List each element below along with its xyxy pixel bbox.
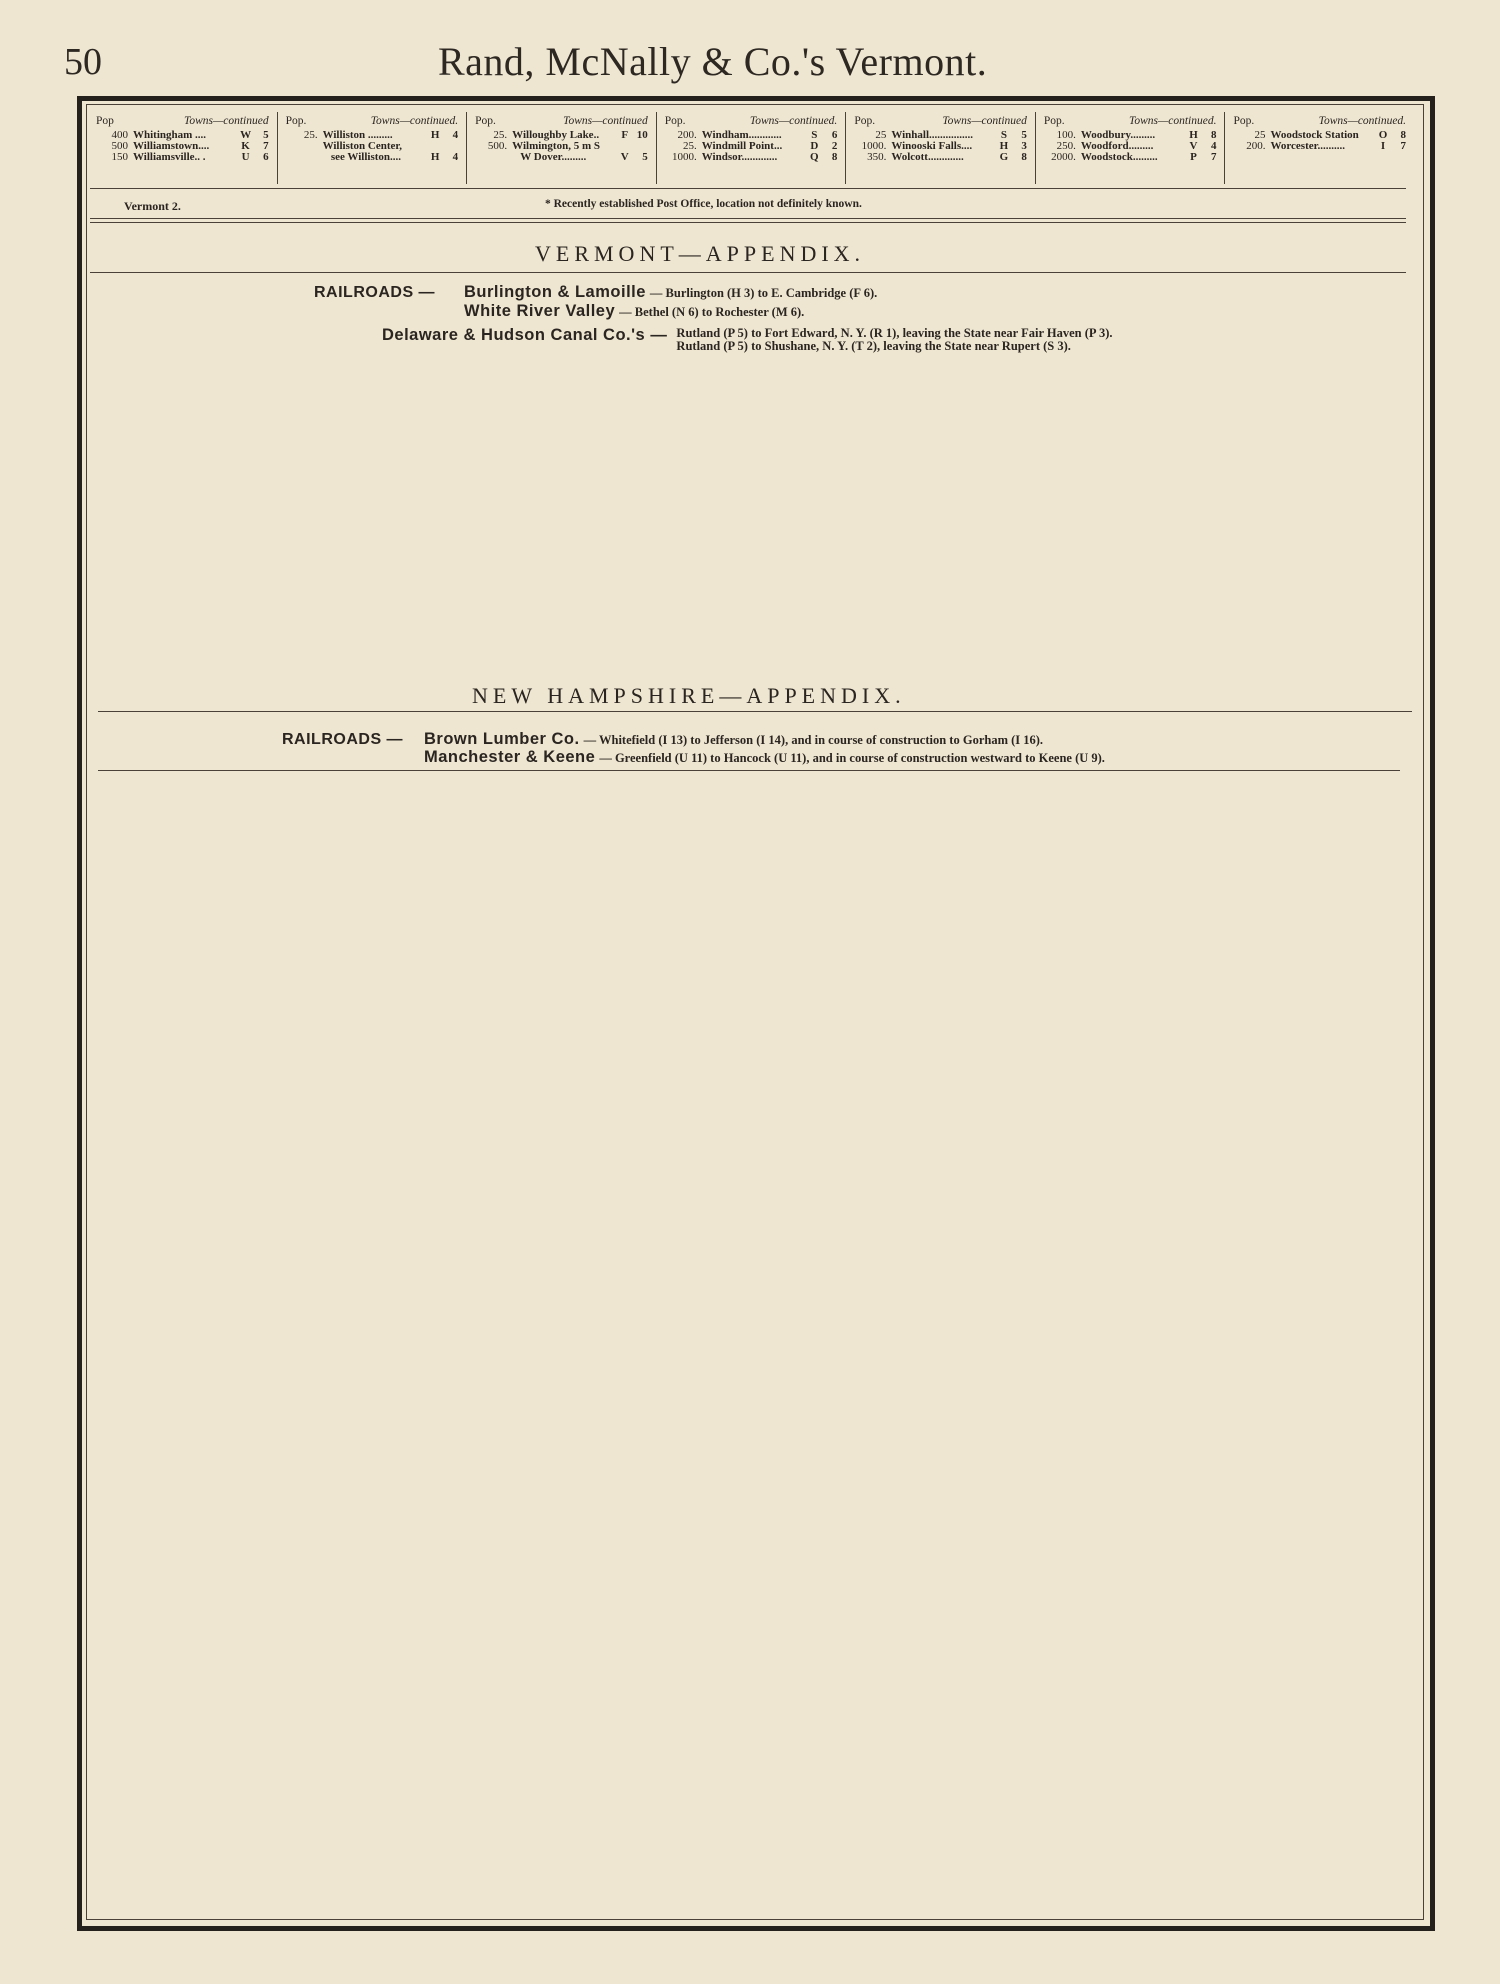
towns-header: Towns—continued [942, 116, 1027, 127]
towns-index-table: PopTowns—continued400Whitingham ....W550… [88, 112, 1414, 184]
town-row: 350.Wolcott.............G8 [854, 152, 1027, 163]
town-letter: G [997, 152, 1011, 163]
town-num: 8 [821, 152, 837, 163]
railroad-route: Rutland (P 5) to Shushane, N. Y. (T 2), … [676, 340, 1112, 353]
index-column: Pop.Towns—continued25Winhall............… [846, 112, 1036, 184]
pop-header: Pop. [475, 116, 496, 127]
railroad-entry: Delaware & Hudson Canal Co.'s — Rutland … [382, 326, 1113, 353]
railroad-entry: Brown Lumber Co. — Whitefield (I 13) to … [424, 730, 1043, 749]
new-hampshire-appendix-title: NEW HAMPSHIRE—APPENDIX. [472, 683, 906, 709]
town-name: Williamsville.. . [133, 152, 239, 163]
town-row: W Dover.........V5 [475, 152, 648, 163]
town-pop: 500. [475, 141, 507, 152]
pop-header: Pop. [854, 116, 875, 127]
railroad-company: Delaware & Hudson Canal Co.'s [382, 326, 645, 344]
running-title: Rand, McNally & Co.'s Vermont. [438, 38, 987, 85]
town-num: 8 [1011, 152, 1027, 163]
vermont-appendix-rule [90, 272, 1406, 273]
town-letter: H [428, 130, 442, 141]
town-pop: 200. [1233, 141, 1265, 152]
town-letter: V [618, 152, 632, 163]
vermont-appendix-title: VERMONT—APPENDIX. [535, 241, 865, 267]
town-num: 5 [632, 152, 648, 163]
town-letter: P [1186, 152, 1200, 163]
town-name: Woodford......... [1081, 141, 1187, 152]
column-header: Pop.Towns—continued [475, 116, 648, 127]
town-row: 150Williamsville.. .U6 [96, 152, 269, 163]
railroad-route: — Burlington (H 3) to E. Cambridge (F 6)… [650, 286, 877, 301]
footer-double-rule [90, 218, 1406, 223]
towns-header: Towns—continued. [1129, 116, 1216, 127]
new-hampshire-appendix-rule [98, 711, 1412, 712]
index-column: Pop.Towns—continued.25Woodstock StationO… [1225, 112, 1414, 184]
town-name: Windham............ [702, 130, 808, 141]
town-row: 25.Williston .........H4 [286, 130, 459, 141]
town-letter: F [618, 130, 632, 141]
column-header: Pop.Towns—continued [854, 116, 1027, 127]
town-pop [286, 152, 318, 163]
footer-left-label: Vermont 2. [124, 199, 181, 214]
towns-header: Towns—continued [184, 116, 269, 127]
town-name: Willoughby Lake.. [512, 130, 618, 141]
railroad-route: — Bethel (N 6) to Rochester (M 6). [619, 305, 804, 320]
column-header: Pop.Towns—continued. [1044, 116, 1217, 127]
town-name: Williston Center, [323, 141, 429, 152]
column-header: Pop.Towns—continued. [665, 116, 838, 127]
town-letter: Q [807, 152, 821, 163]
town-row: 2000.Woodstock.........P7 [1044, 152, 1217, 163]
town-name: Worcester.......... [1270, 141, 1376, 152]
pop-header: Pop. [665, 116, 686, 127]
column-header: Pop.Towns—continued. [286, 116, 459, 127]
town-name: Woodbury......... [1081, 130, 1187, 141]
town-num: 4 [442, 152, 458, 163]
town-name: Woodstock Station [1270, 130, 1376, 141]
index-column: Pop.Towns—continued25.Willoughby Lake..F… [467, 112, 657, 184]
town-name: Winhall................ [891, 130, 997, 141]
town-name: Williamstown.... [133, 141, 239, 152]
town-pop: 25. [286, 130, 318, 141]
town-letter: H [428, 152, 442, 163]
town-letter: I [1376, 141, 1390, 152]
town-name: Wilmington, 5 m S [512, 141, 618, 152]
town-pop [475, 152, 507, 163]
railroad-company: Brown Lumber Co. [424, 730, 580, 749]
pop-header: Pop. [1044, 116, 1065, 127]
town-name: Wolcott............. [891, 152, 997, 163]
railroad-route: — Greenfield (U 11) to Hancock (U 11), a… [599, 751, 1105, 766]
railroad-company: White River Valley [464, 302, 615, 321]
index-column: Pop.Towns—continued.200.Windham.........… [657, 112, 847, 184]
town-pop: 1000. [665, 152, 697, 163]
footer-note: * Recently established Post Office, loca… [545, 198, 862, 210]
town-name: Windsor............. [702, 152, 808, 163]
town-num: 6 [253, 152, 269, 163]
railroad-entry: Manchester & Keene — Greenfield (U 11) t… [424, 748, 1105, 767]
route-dash: — [645, 326, 667, 344]
town-row: 200.Worcester..........I7 [1233, 141, 1406, 152]
town-letter: U [239, 152, 253, 163]
pop-header: Pop [96, 116, 114, 127]
town-name: W Dover......... [512, 152, 618, 163]
town-pop: 150 [96, 152, 128, 163]
town-pop: 2000. [1044, 152, 1076, 163]
vermont-railroads-label: RAILROADS — [314, 284, 435, 302]
town-name: Williston ......... [323, 130, 429, 141]
town-num: 7 [1390, 141, 1406, 152]
railroad-routes: Rutland (P 5) to Fort Edward, N. Y. (R 1… [676, 326, 1112, 353]
page-number: 50 [64, 40, 102, 84]
town-row: see Williston....H4 [286, 152, 459, 163]
index-column: Pop.Towns—continued.25.Williston .......… [278, 112, 468, 184]
town-num: 4 [442, 130, 458, 141]
town-name: Windmill Point... [702, 141, 808, 152]
towns-header: Towns—continued. [750, 116, 837, 127]
town-name: Woodstock......... [1081, 152, 1187, 163]
town-row: 1000.Windsor.............Q8 [665, 152, 838, 163]
new-hampshire-bottom-rule [98, 770, 1400, 771]
town-name: Winooski Falls.... [891, 141, 997, 152]
pop-header: Pop. [286, 116, 307, 127]
railroad-company: Manchester & Keene [424, 748, 595, 767]
town-num: 7 [1200, 152, 1216, 163]
index-column: PopTowns—continued400Whitingham ....W550… [88, 112, 278, 184]
railroad-entry: Burlington & Lamoille — Burlington (H 3)… [464, 283, 877, 302]
new-hampshire-railroads-label: RAILROADS — [282, 731, 403, 749]
index-column: Pop.Towns—continued.100.Woodbury........… [1036, 112, 1226, 184]
page-frame-inner [86, 104, 1424, 1920]
town-pop [286, 141, 318, 152]
railroad-company: Burlington & Lamoille [464, 283, 646, 302]
town-pop: 350. [854, 152, 886, 163]
index-bottom-rule [90, 188, 1406, 189]
railroad-route: — Whitefield (I 13) to Jefferson (I 14),… [584, 733, 1043, 748]
pop-header: Pop. [1233, 116, 1254, 127]
column-header: Pop.Towns—continued. [1233, 116, 1406, 127]
towns-header: Towns—continued. [1319, 116, 1406, 127]
column-header: PopTowns—continued [96, 116, 269, 127]
town-name: see Williston.... [323, 152, 429, 163]
town-num: 10 [632, 130, 648, 141]
railroad-entry: White River Valley — Bethel (N 6) to Roc… [464, 302, 804, 321]
towns-header: Towns—continued. [371, 116, 458, 127]
town-name: Whitingham .... [133, 130, 239, 141]
towns-header: Towns—continued [563, 116, 648, 127]
